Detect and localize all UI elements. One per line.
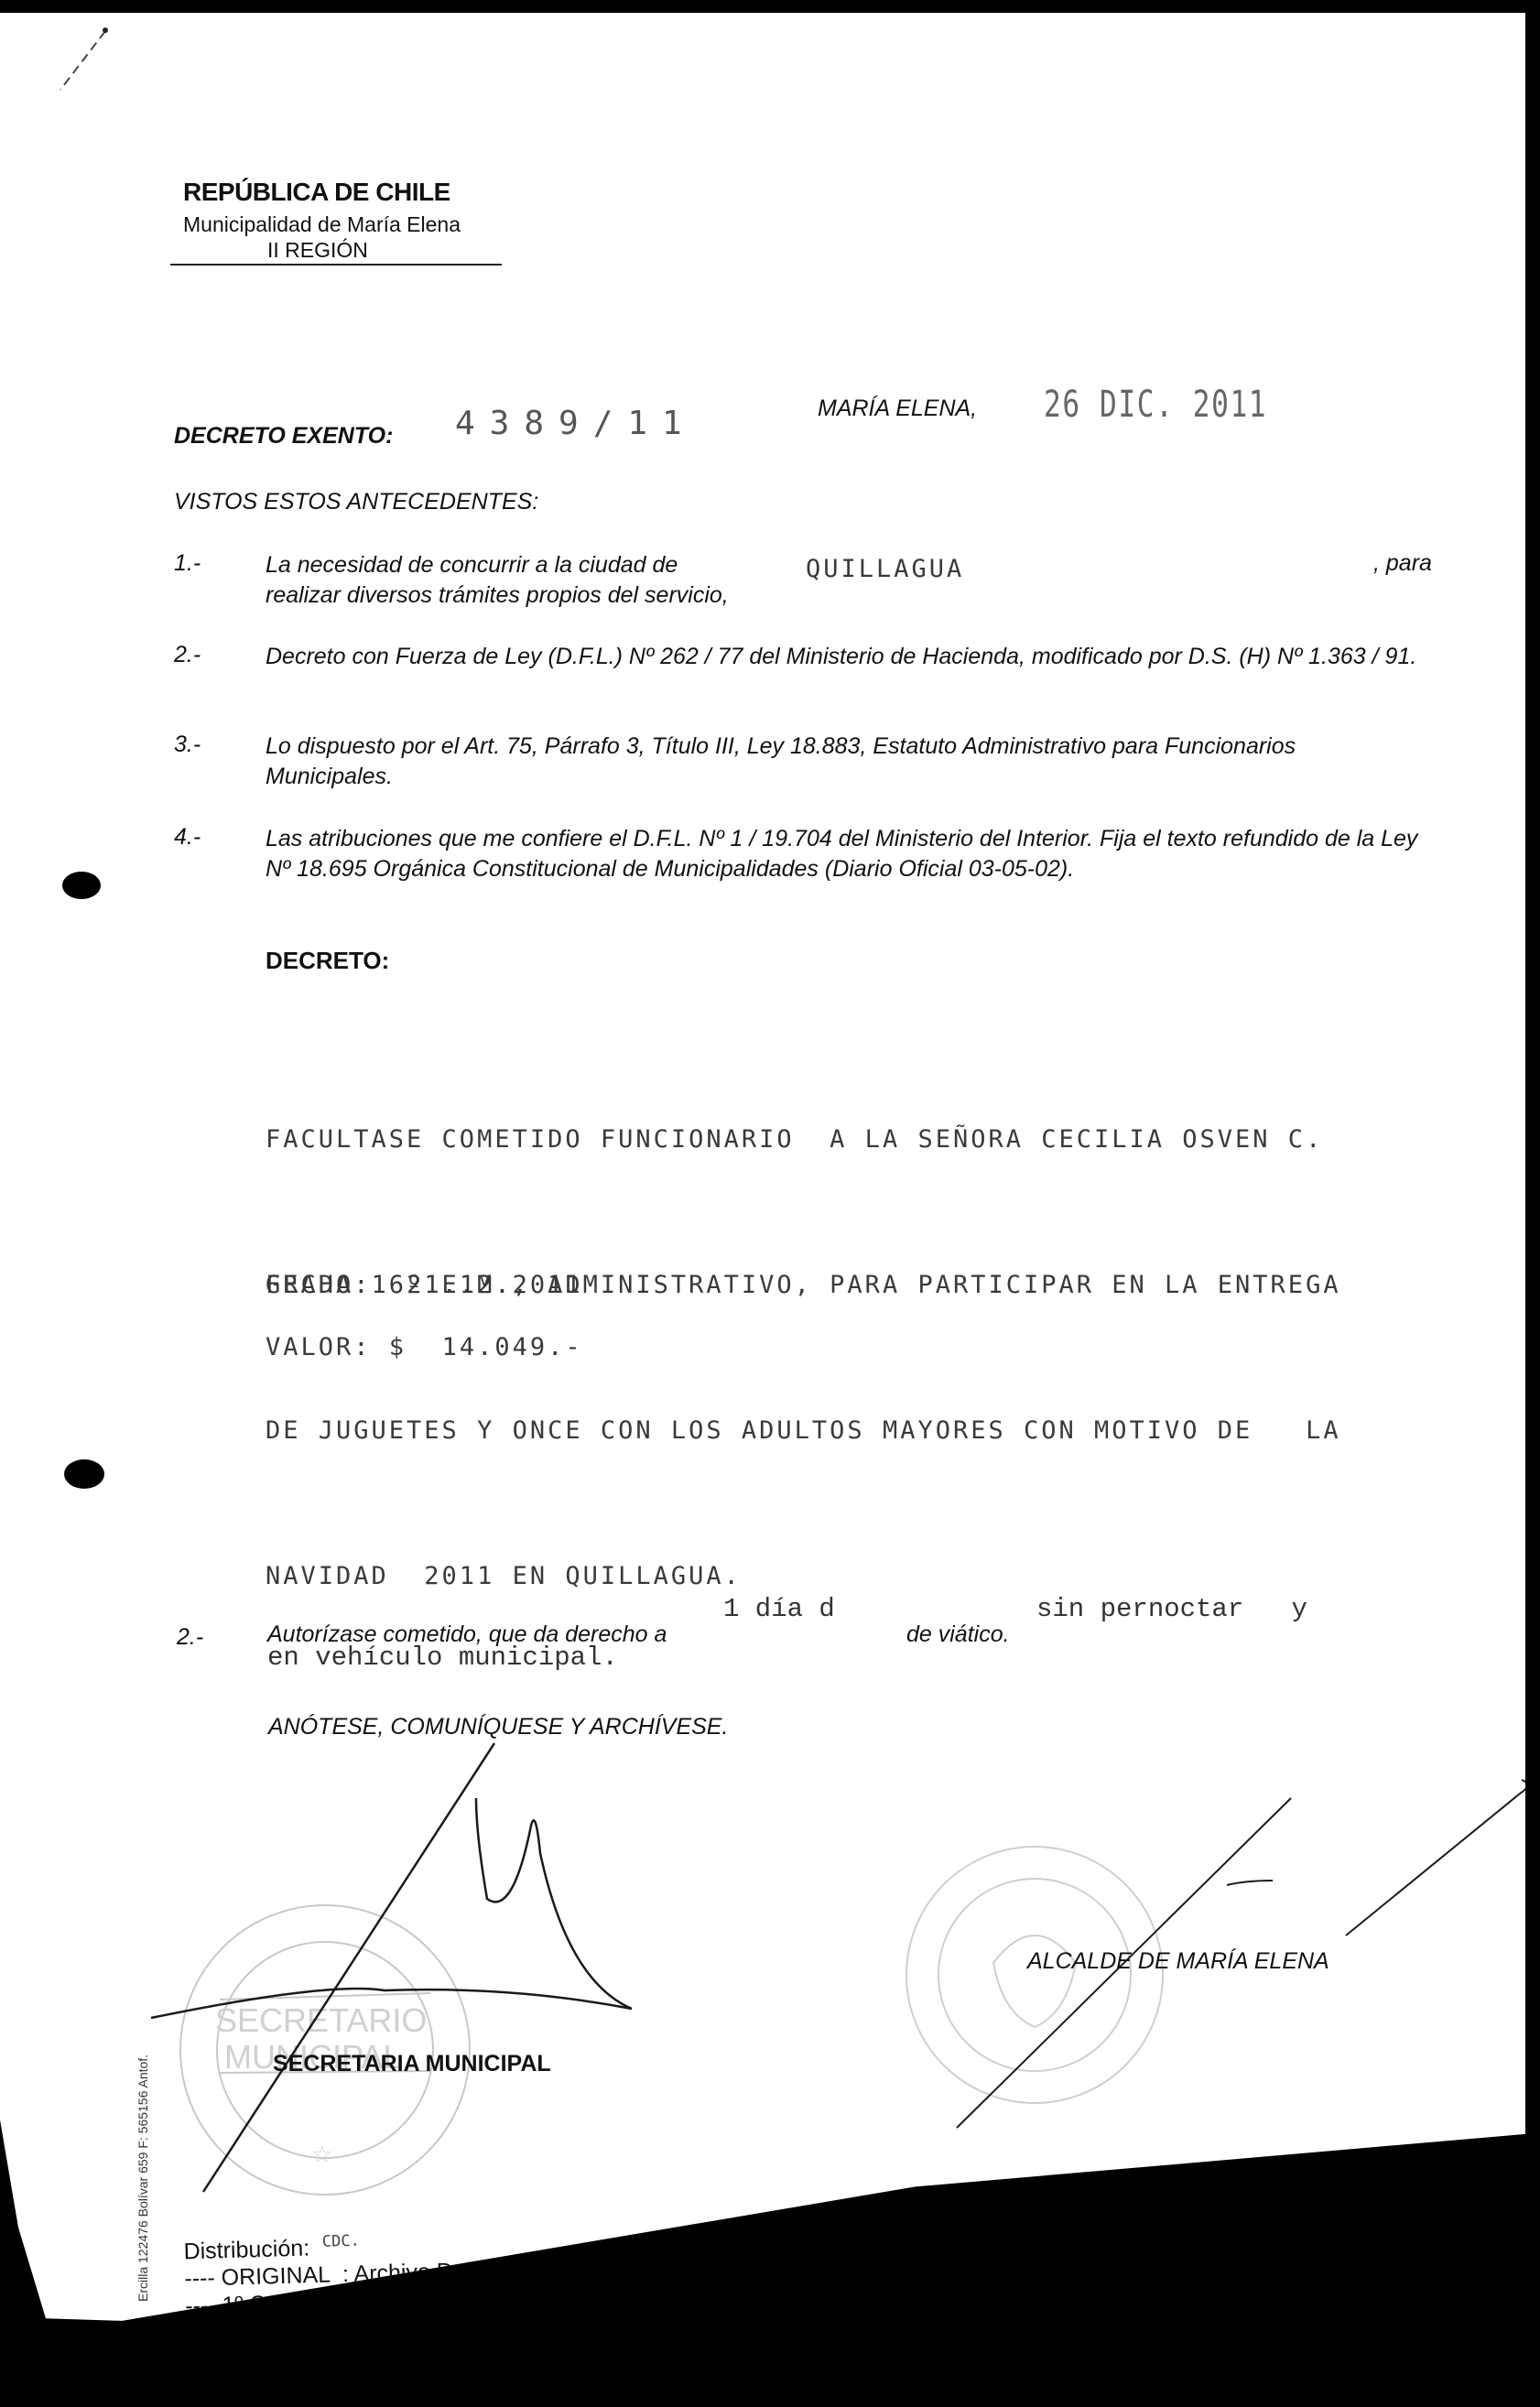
distribution-dest: : Tesorería [344,2286,452,2315]
distribution-dest: : Archivo Cometido [352,2311,545,2342]
distribution-list: Distribución:CDC. ---- ORIGINAL : Archiv… [183,2220,622,2348]
scan-mark [0,13,183,141]
secretary-signature [151,1743,632,2192]
binder-hole [64,1459,104,1489]
distribution-heading: Distribución: [183,2235,309,2264]
stamps-and-signatures: SECRETARIO MUNICIPAL ☆ [0,13,1525,2407]
svg-text:SECRETARIO: SECRETARIO [215,2001,427,2039]
distribution-copy: ---- ORIGINAL [184,2262,331,2292]
distribution-row: ---- 2º COPIA : Archivo Cometido [186,2308,622,2347]
distribution-copy: ---- 2º COPIA [186,2317,320,2347]
printer-imprint: Ercilla 122476 Bolívar 659 F: 565156 Ant… [136,2055,150,2302]
secretary-seal-stamp: SECRETARIO MUNICIPAL ☆ [180,1905,470,2195]
secretary-title: SECRETARIA MUNICIPAL [273,2051,551,2077]
distribution-initials: CDC. [322,2232,360,2251]
mayor-seal-stamp [906,1847,1163,2103]
distribution-dest: : Archivo Decreto Municipal [342,2254,621,2287]
svg-text:☆: ☆ [311,2141,332,2169]
mayor-title: ALCALDE DE MARÍA ELENA [1027,1948,1329,1975]
distribution-copy: ---- 1º COPIA [185,2290,320,2319]
document-page: REPÚBLICA DE CHILE Municipalidad de Marí… [0,13,1525,2407]
binder-hole [62,872,101,899]
